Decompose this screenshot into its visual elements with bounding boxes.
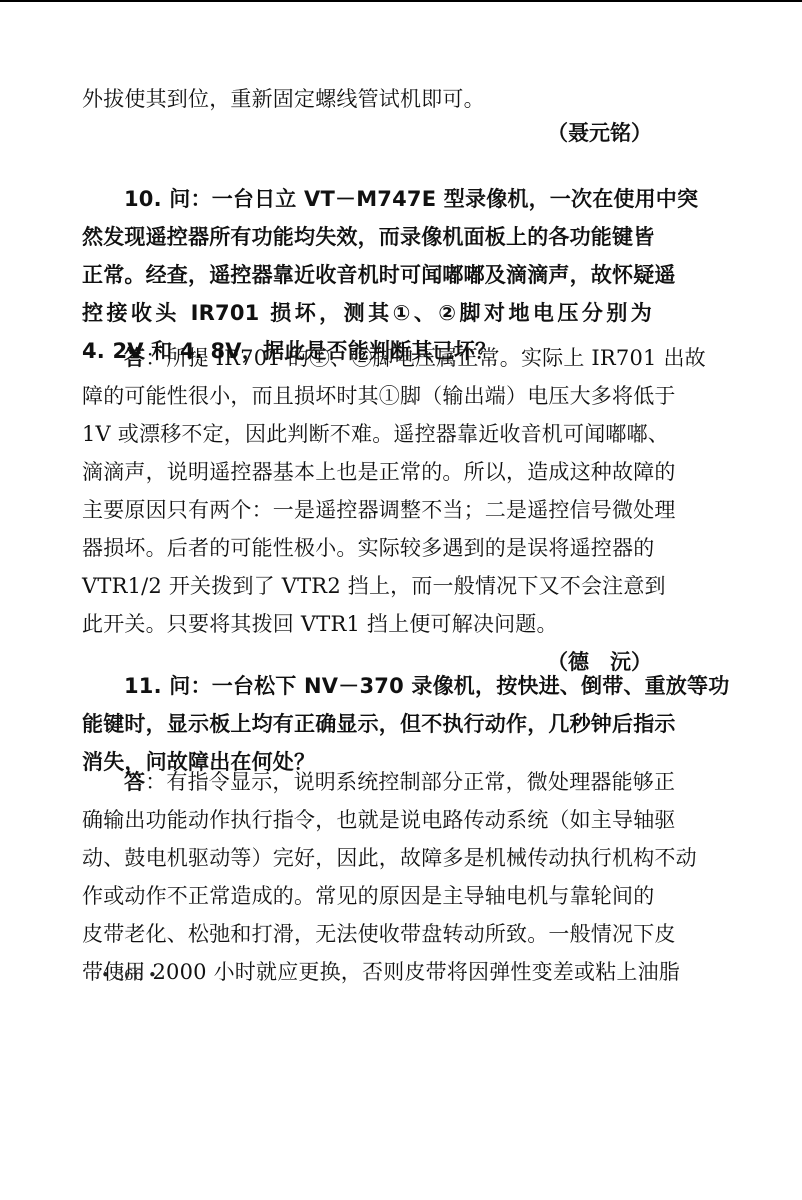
answer-line: 器损坏。后者的可能性极小。实际较多遇到的是误将遥控器的 xyxy=(82,532,652,564)
answer-label: 答 xyxy=(124,770,145,794)
page-top-border xyxy=(0,0,802,2)
continuation-signature-block: （聂元铭） xyxy=(82,117,652,149)
author-signature: （聂元铭） xyxy=(82,117,652,149)
answer-line: 此开关。只要将其拨回 VTR1 挡上便可解决问题。 xyxy=(82,608,652,640)
answer-line: 皮带老化、松弛和打滑，无法使收带盘转动所致。一般情况下皮 xyxy=(82,918,652,950)
question-line: 正常。经查，遥控器靠近收音机时可闻嘟嘟及滴滴声，故怀疑遥 xyxy=(82,259,652,291)
answer-line: 作或动作不正常造成的。常见的原因是主导轴电机与靠轮间的 xyxy=(82,880,652,912)
answer-line: 动、鼓电机驱动等）完好，因此，故障多是机械传动执行机构不动 xyxy=(82,842,652,874)
question-line: 控接收头 IR701 损坏，测其①、②脚对地电压分别为 xyxy=(82,297,652,329)
answer-text: ：有指令显示，说明系统控制部分正常，微处理器能够正 xyxy=(145,770,675,794)
answer-10: 答：所提 IR701 的①、②脚电压属正常。实际上 IR701 出故 障的可能性… xyxy=(82,342,652,678)
answer-line: 障的可能性很小，而且损坏时其①脚（输出端）电压大多将低于 xyxy=(82,380,652,412)
question-line: 能键时，显示板上均有正确显示，但不执行动作，几秒钟后指示 xyxy=(82,708,652,740)
answer-line: 答：所提 IR701 的①、②脚电压属正常。实际上 IR701 出故 xyxy=(82,342,652,374)
answer-line: 1V 或漂移不定，因此判断不难。遥控器靠近收音机可闻嘟嘟、 xyxy=(82,418,652,450)
answer-line: VTR1/2 开关拨到了 VTR2 挡上，而一般情况下又不会注意到 xyxy=(82,570,652,602)
question-line: 然发现遥控器所有功能均失效，而录像机面板上的各功能键皆 xyxy=(82,221,652,253)
answer-line: 答：有指令显示，说明系统控制部分正常，微处理器能够正 xyxy=(82,766,652,798)
answer-line: 带使用 2000 小时就应更换，否则皮带将因弹性变差或粘上油脂 xyxy=(82,956,652,988)
continuation-paragraph: 外拔使其到位，重新固定螺线管试机即可。 xyxy=(82,83,652,115)
answer-text: ：所提 IR701 的①、②脚电压属正常。实际上 IR701 出故 xyxy=(145,346,706,370)
question-line: 10. 问：一台日立 VT－M747E 型录像机，一次在使用中突 xyxy=(82,183,652,215)
answer-line: 滴滴声，说明遥控器基本上也是正常的。所以，造成这种故障的 xyxy=(82,456,652,488)
question-11: 11. 问：一台松下 NV－370 录像机，按快进、倒带、重放等功 能键时，显示… xyxy=(82,670,652,778)
text-line: 外拔使其到位，重新固定螺线管试机即可。 xyxy=(82,83,652,115)
question-line: 11. 问：一台松下 NV－370 录像机，按快进、倒带、重放等功 xyxy=(82,670,652,702)
answer-line: 主要原因只有两个：一是遥控器调整不当；二是遥控信号微处理 xyxy=(82,494,652,526)
answer-label: 答 xyxy=(124,346,145,370)
page-number: • 366 • xyxy=(101,965,157,985)
answer-11: 答：有指令显示，说明系统控制部分正常，微处理器能够正 确输出功能动作执行指令，也… xyxy=(82,766,652,988)
question-10: 10. 问：一台日立 VT－M747E 型录像机，一次在使用中突 然发现遥控器所… xyxy=(82,183,652,367)
answer-line: 确输出功能动作执行指令，也就是说电路传动系统（如主导轴驱 xyxy=(82,804,652,836)
